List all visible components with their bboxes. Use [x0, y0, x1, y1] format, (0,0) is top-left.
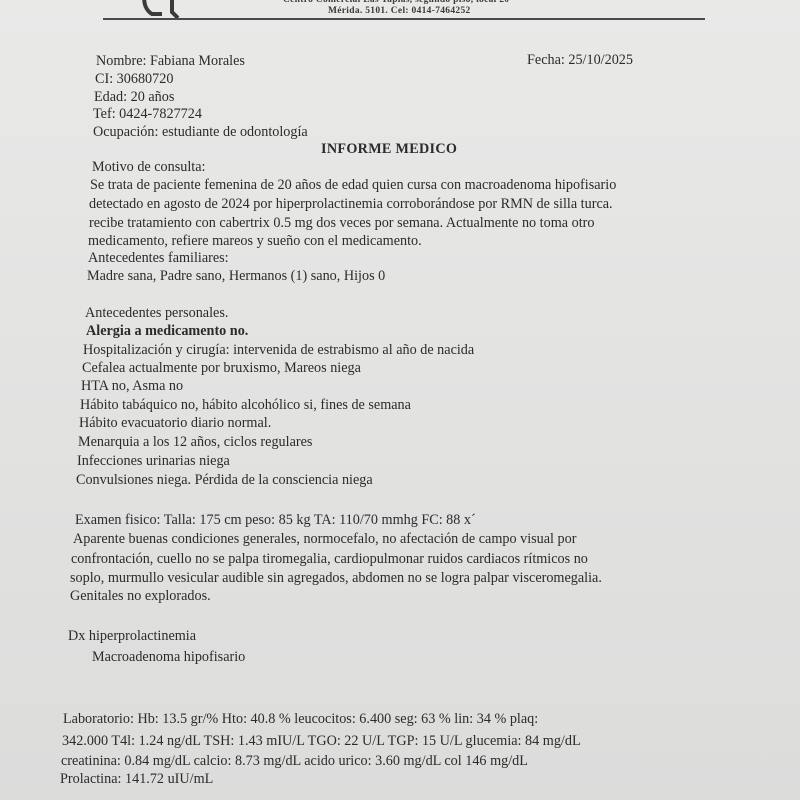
personal-history-heading: Antecedentes personales. [85, 304, 228, 322]
report-date: Fecha: 25/10/2025 [527, 51, 633, 69]
physical-exam-line: Aparente buenas condiciones generales, n… [73, 530, 576, 548]
patient-occupation: Ocupación: estudiante de odontología [93, 123, 308, 141]
personal-history-item: Cefalea actualmente por bruxismo, Mareos… [82, 359, 361, 377]
lab-line-prolactin: Prolactina: 141.72 uIU/mL [60, 770, 213, 788]
letterhead-address: Centro Comercial Las Tapias, segundo pis… [283, 0, 509, 5]
consult-line: recibe tratamiento con cabertrix 0.5 mg … [89, 214, 594, 232]
physical-exam-line: soplo, murmullo vesicular audible sin ag… [70, 569, 602, 587]
personal-history-item: Hábito evacuatorio diario normal. [79, 414, 271, 432]
lab-line: 342.000 T4l: 1.24 ng/dL TSH: 1.43 mIU/L … [62, 732, 581, 750]
family-history-heading: Antecedentes familiares: [88, 249, 229, 267]
allergy-statement: Alergia a medicamento no. [86, 322, 248, 340]
letterhead-city-phone: Mérida. 5101. Cel: 0414-7464252 [328, 6, 471, 16]
clinic-logo-icon [138, 0, 188, 18]
patient-age: Edad: 20 años [94, 88, 174, 106]
physical-exam-vitals: Examen fisico: Talla: 175 cm peso: 85 kg… [75, 511, 476, 529]
patient-phone: Tef: 0424-7827724 [93, 105, 202, 123]
personal-history-item: Convulsiones niega. Pérdida de la consci… [76, 471, 373, 489]
patient-name: Nombre: Fabiana Morales [96, 52, 245, 70]
personal-history-item: Menarquia a los 12 años, ciclos regulare… [78, 433, 312, 451]
physical-exam-line: confrontación, cuello no se palpa tirome… [71, 550, 588, 568]
medical-report-page: Centro Comercial Las Tapias, segundo pis… [0, 0, 800, 800]
report-title: INFORME MEDICO [321, 140, 457, 158]
consult-heading: Motivo de consulta: [92, 158, 206, 176]
personal-history-item: Hospitalización y cirugía: intervenida d… [83, 341, 474, 359]
diagnosis-secondary: Macroadenoma hipofisario [92, 648, 245, 666]
lab-line: creatinina: 0.84 mg/dL calcio: 8.73 mg/d… [61, 752, 528, 770]
consult-line: Se trata de paciente femenina de 20 años… [90, 176, 616, 194]
family-history-text: Madre sana, Padre sano, Hermanos (1) san… [87, 267, 385, 285]
lab-line: Laboratorio: Hb: 13.5 gr/% Hto: 40.8 % l… [63, 710, 538, 728]
diagnosis-primary: Dx hiperprolactinemia [68, 627, 196, 645]
consult-line: detectado en agosto de 2024 por hiperpro… [89, 195, 613, 213]
letterhead-divider [103, 18, 705, 20]
patient-ci: CI: 30680720 [95, 70, 173, 88]
physical-exam-line: Genitales no explorados. [70, 587, 211, 605]
consult-line: medicamento, refiere mareos y sueño con … [88, 232, 422, 250]
personal-history-item: HTA no, Asma no [81, 377, 183, 395]
personal-history-item: Infecciones urinarias niega [77, 452, 230, 470]
personal-history-item: Hábito tabáquico no, hábito alcohólico s… [80, 396, 411, 414]
